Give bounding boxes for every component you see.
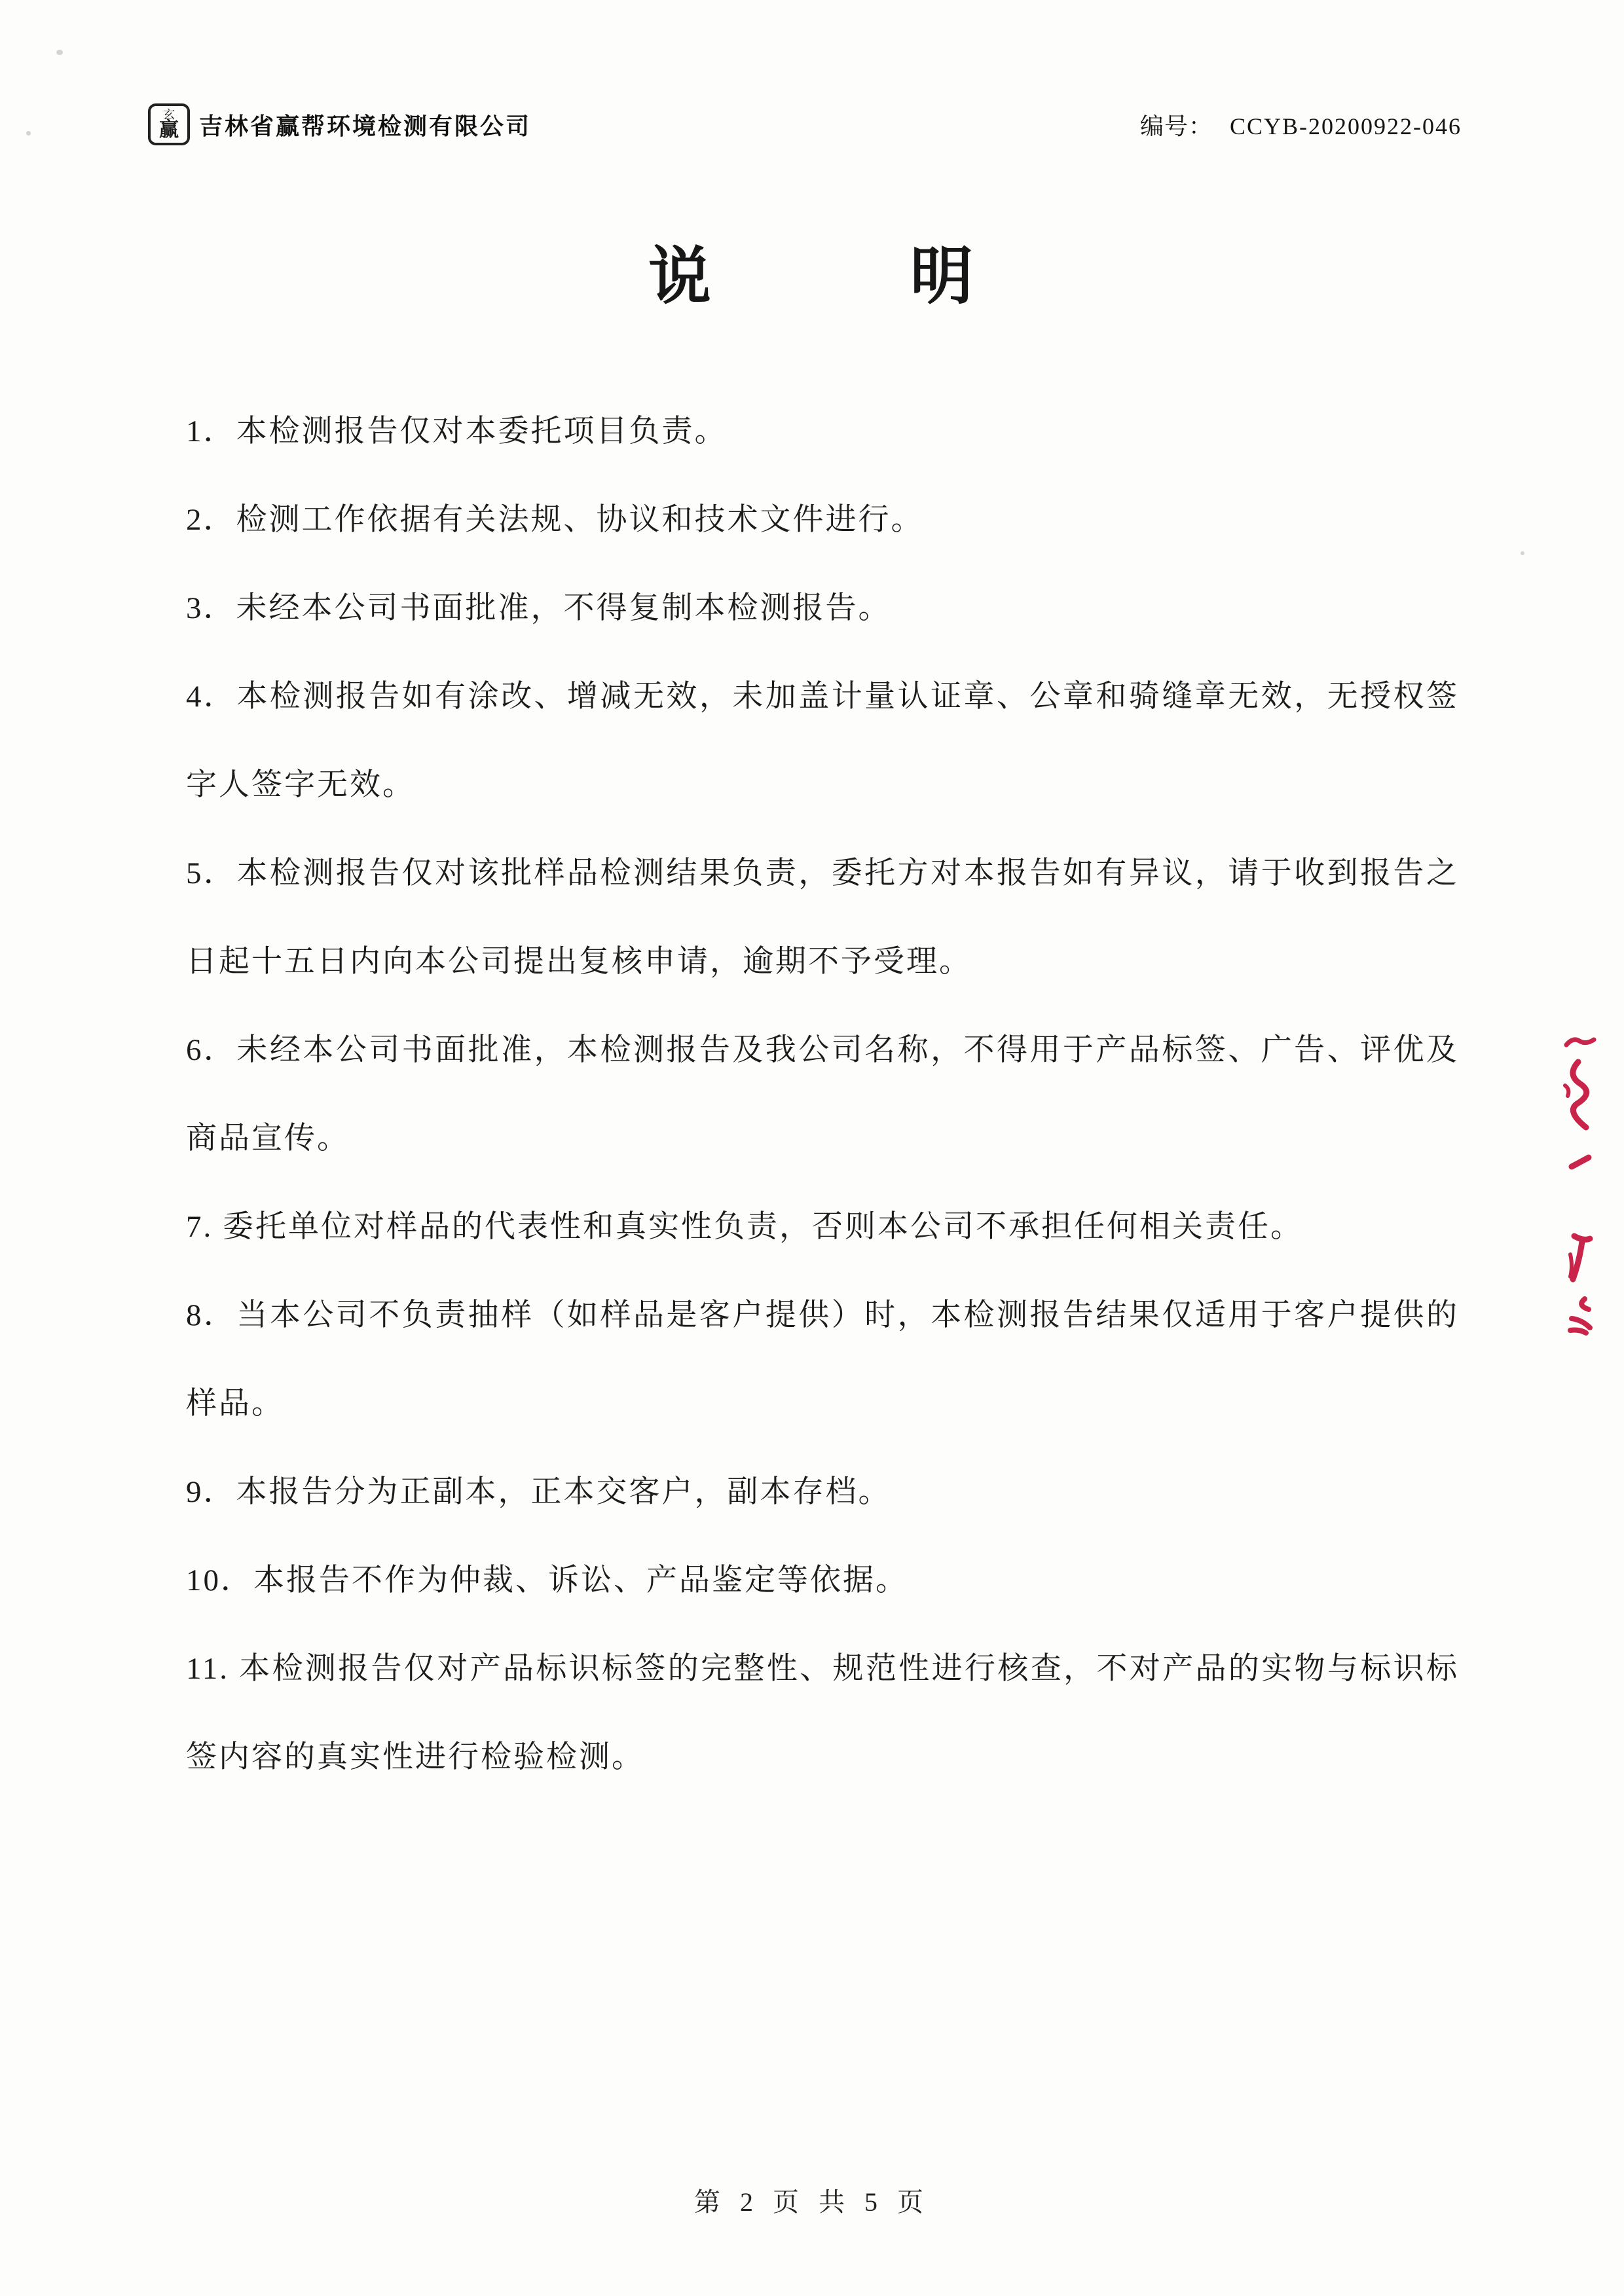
red-ink-mark-icon — [1566, 1296, 1596, 1336]
page-footer: 第 2 页 共 5 页 — [0, 2181, 1624, 2219]
note-item-6: 6．未经本公司书面批准，本检测报告及我公司名称，不得用于产品标签、广告、评优及商… — [186, 1006, 1459, 1183]
red-ink-mark-icon — [1564, 1033, 1596, 1053]
logo-main-char: 赢 — [159, 120, 179, 140]
report-number-label: 编号： — [1140, 108, 1213, 141]
company-name: 吉林省赢帮环境检测有限公司 — [199, 108, 531, 141]
report-number-value: CCYB-20200922-046 — [1230, 113, 1462, 140]
scan-noise — [56, 50, 63, 55]
report-number: 编号： CCYB-20200922-046 — [1140, 108, 1462, 141]
red-ink-mark-icon — [1569, 1154, 1595, 1171]
company-seal-logo-icon: 玄 赢 — [148, 103, 190, 145]
header-left: 玄 赢 吉林省赢帮环境检测有限公司 — [148, 103, 531, 145]
red-ink-mark-icon — [1562, 1232, 1598, 1285]
scan-noise — [26, 131, 31, 136]
note-item-1: 1．本检测报告仅对本委托项目负责。 — [186, 388, 1459, 476]
note-item-9: 9．本报告分为正副本，正本交客户，副本存档。 — [186, 1448, 1459, 1537]
notes-list: 1．本检测报告仅对本委托项目负责。 2．检测工作依据有关法规、协议和技术文件进行… — [186, 388, 1459, 1802]
note-item-2: 2．检测工作依据有关法规、协议和技术文件进行。 — [186, 476, 1459, 564]
note-item-4: 4．本检测报告如有涂改、增减无效，未加盖计量认证章、公章和骑缝章无效，无授权签字… — [186, 653, 1459, 829]
report-page: 玄 赢 吉林省赢帮环境检测有限公司 编号： CCYB-20200922-046 … — [0, 0, 1624, 2296]
note-item-7: 7. 委托单位对样品的代表性和真实性负责，否则本公司不承担任何相关责任。 — [186, 1183, 1459, 1271]
note-item-5: 5．本检测报告仅对该批样品检测结果负责，委托方对本报告如有异议，请于收到报告之日… — [186, 829, 1459, 1006]
page-header: 玄 赢 吉林省赢帮环境检测有限公司 编号： CCYB-20200922-046 — [148, 103, 1462, 145]
note-item-11: 11. 本检测报告仅对产品标识标签的完整性、规范性进行核查，不对产品的实物与标识… — [186, 1625, 1459, 1802]
page-title: 说 明 — [0, 227, 1624, 316]
scan-noise — [1521, 551, 1524, 555]
red-ink-mark-icon — [1559, 1059, 1598, 1131]
note-item-8: 8．当本公司不负责抽样（如样品是客户提供）时，本检测报告结果仅适用于客户提供的样… — [186, 1271, 1459, 1448]
note-item-3: 3．未经本公司书面批准，不得复制本检测报告。 — [186, 564, 1459, 653]
note-item-10: 10．本报告不作为仲裁、诉讼、产品鉴定等依据。 — [186, 1537, 1459, 1625]
